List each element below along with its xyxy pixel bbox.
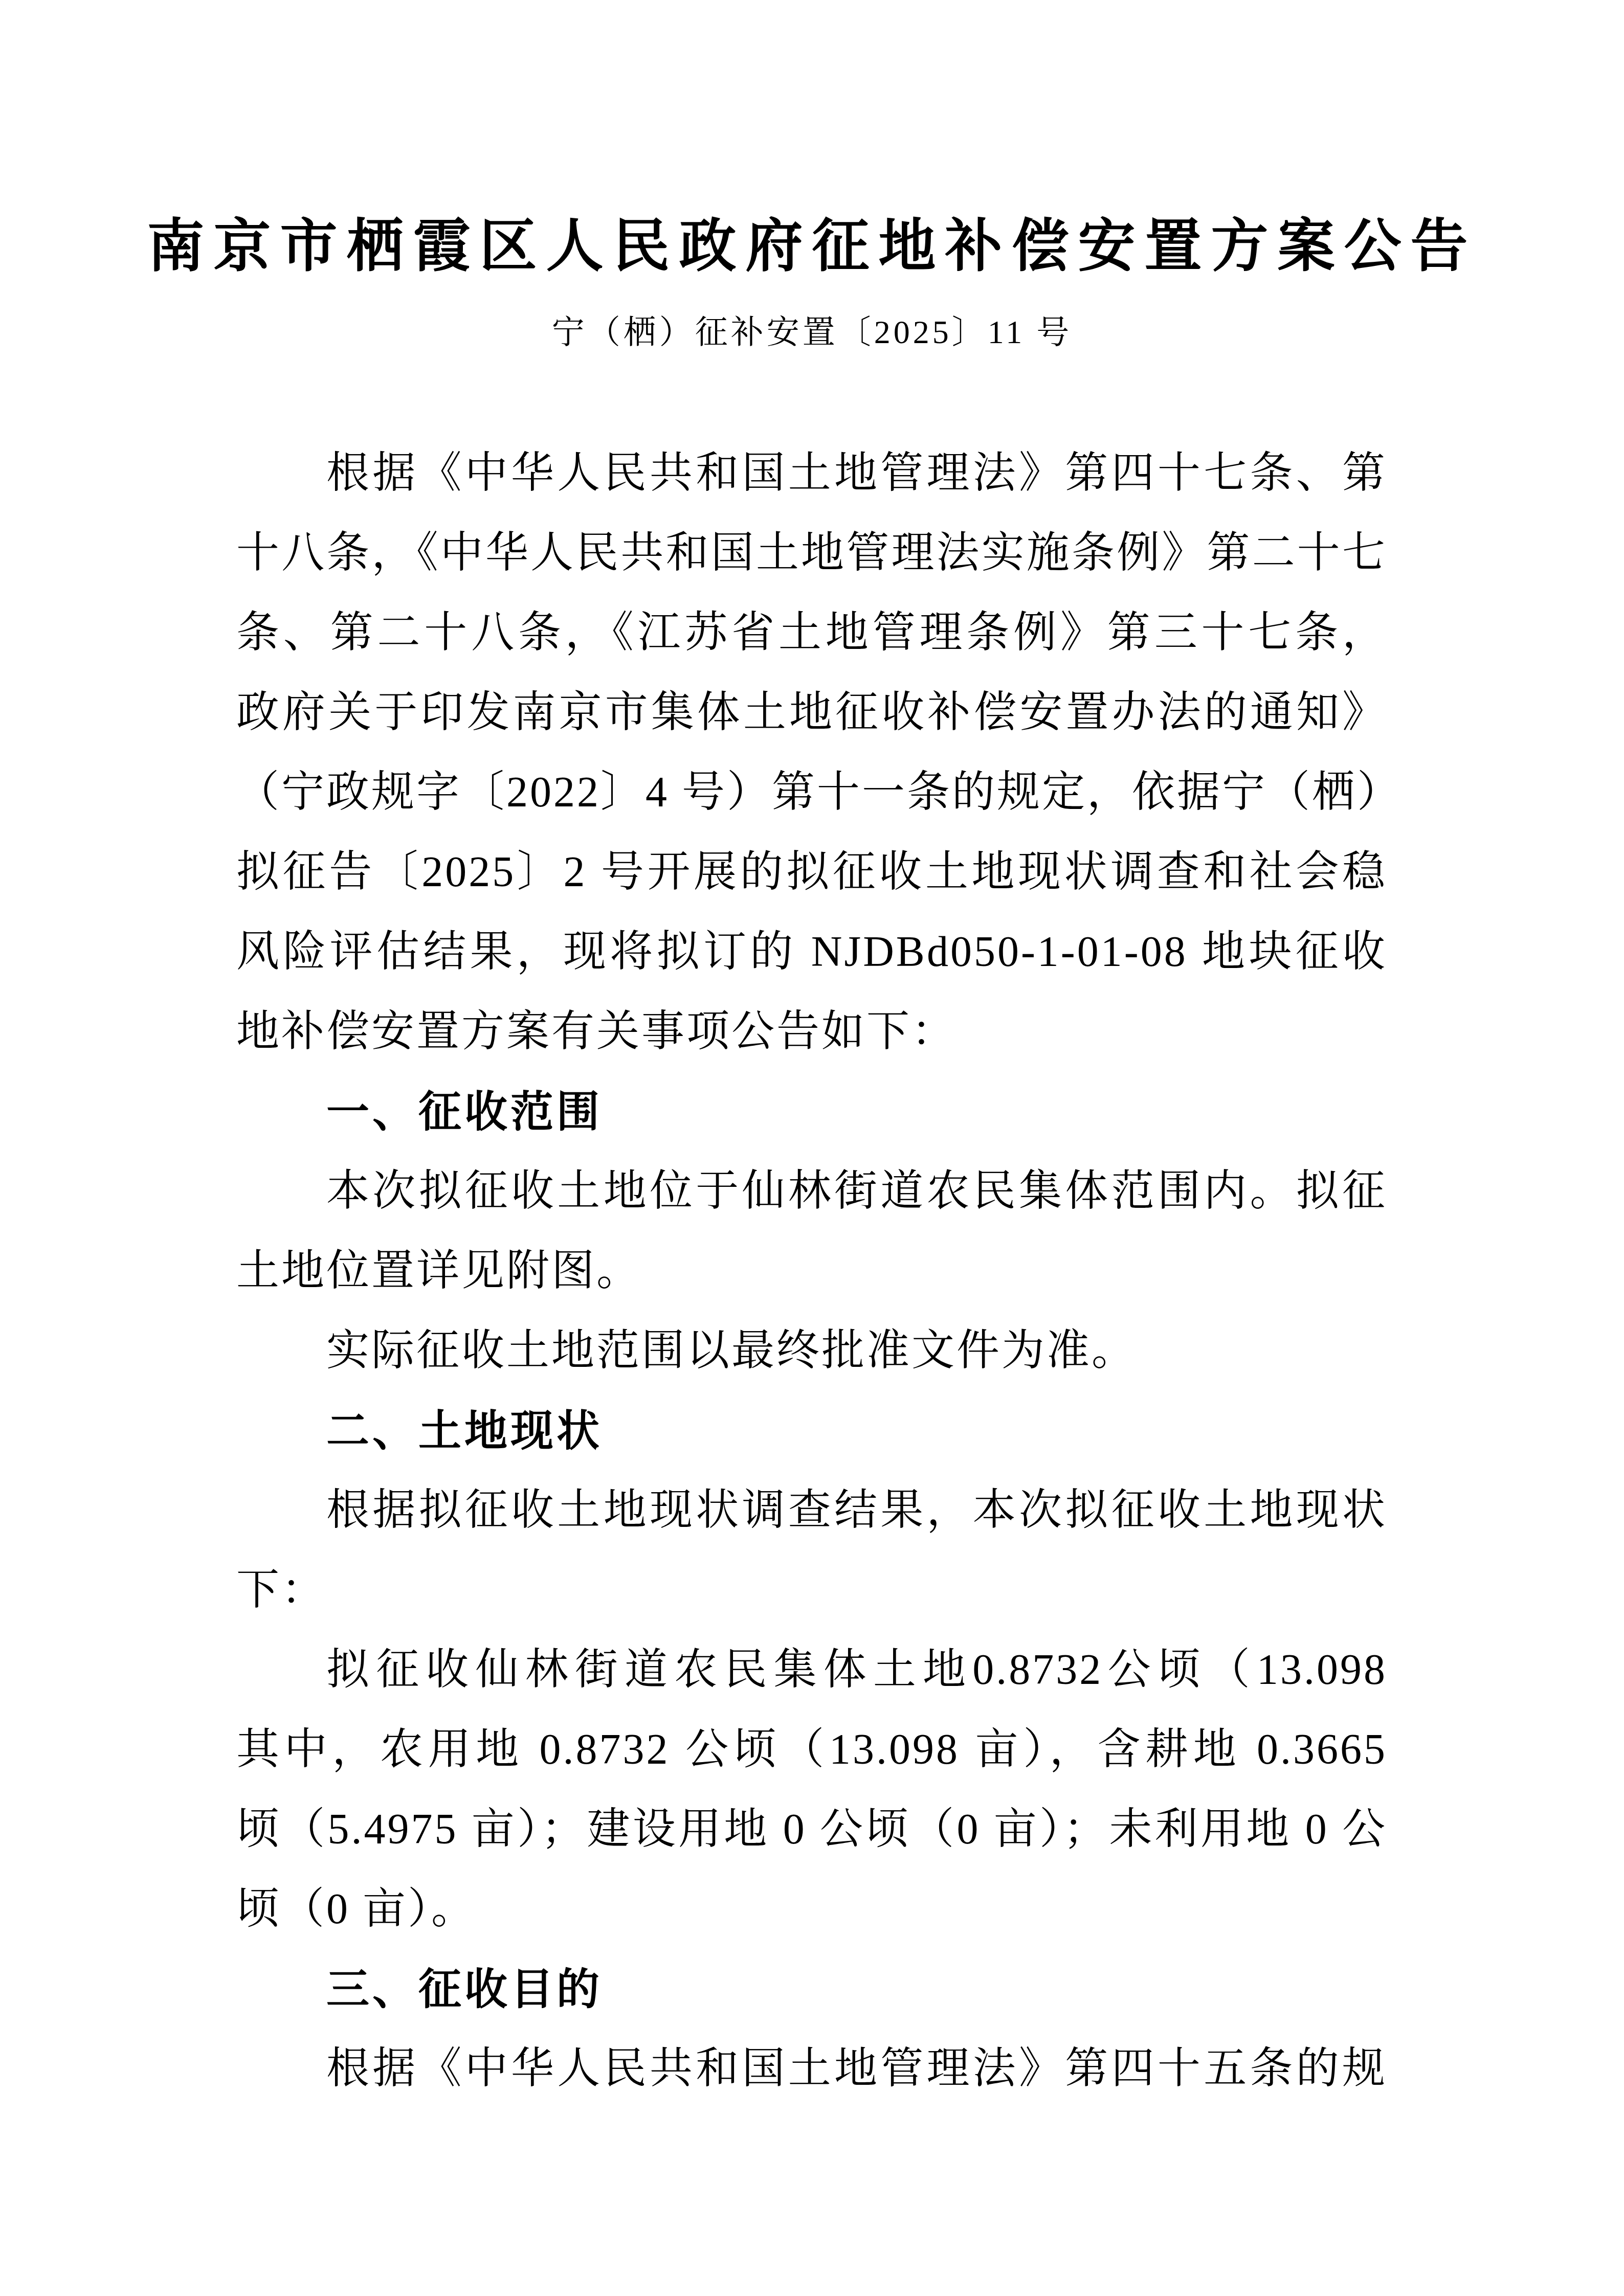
section-heading-purpose: 三、征收目的 xyxy=(236,1949,1387,2029)
text-line: 根据《中华人民共和国土地管理法》第四十七条、第四 xyxy=(236,434,1387,513)
section-heading-status: 二、土地现状 xyxy=(236,1391,1387,1471)
document-title: 南京市栖霞区人民政府征地补偿安置方案公告 xyxy=(0,200,1624,283)
text-line: 十八条，《中华人民共和国土地管理法实施条例》第二十七 xyxy=(236,513,1387,593)
text-line: 根据拟征收土地现状调查结果，本次拟征收土地现状如 xyxy=(236,1471,1387,1550)
text-line: 拟征收仙林街道农民集体土地0.8732公顷（13.098亩）。 xyxy=(236,1630,1387,1710)
section-heading-scope: 一、征收范围 xyxy=(236,1072,1387,1152)
text-line: 土地位置详见附图。 xyxy=(236,1231,1387,1311)
text-line: 下： xyxy=(236,1550,1387,1630)
text-line: 地补偿安置方案有关事项公告如下： xyxy=(236,992,1387,1072)
document-body: 根据《中华人民共和国土地管理法》第四十七条、第四 十八条，《中华人民共和国土地管… xyxy=(236,434,1387,2109)
text-line: （宁政规字〔2022〕4 号）第十一条的规定，依据宁（栖） xyxy=(236,753,1387,832)
text-line: 风险评估结果，现将拟订的 NJDBd050-1-01-08 地块征收土 xyxy=(236,912,1387,992)
document-number: 宁（栖）征补安置〔2025〕11 号 xyxy=(0,306,1624,353)
text-line: 根据《中华人民共和国土地管理法》第四十五条的规定， xyxy=(236,2029,1387,2109)
text-line: 其中，农用地 0.8732 公顷（13.098 亩），含耕地 0.3665 公 xyxy=(236,1710,1387,1790)
text-line: 条、第二十八条，《江苏省土地管理条例》第三十七条，《市 xyxy=(236,593,1387,673)
text-line: 顷（0 亩）。 xyxy=(236,1870,1387,1949)
document-page: 南京市栖霞区人民政府征地补偿安置方案公告 宁（栖）征补安置〔2025〕11 号 … xyxy=(0,0,1624,2296)
text-line: 拟征告〔2025〕2 号开展的拟征收土地现状调查和社会稳定 xyxy=(236,832,1387,912)
text-line: 本次拟征收土地位于仙林街道农民集体范围内。拟征收 xyxy=(236,1152,1387,1231)
text-line: 顷（5.4975 亩）；建设用地 0 公顷（0 亩）；未利用地 0 公 xyxy=(236,1790,1387,1870)
text-line: 实际征收土地范围以最终批准文件为准。 xyxy=(236,1311,1387,1391)
text-line: 政府关于印发南京市集体土地征收补偿安置办法的通知》 xyxy=(236,673,1387,753)
